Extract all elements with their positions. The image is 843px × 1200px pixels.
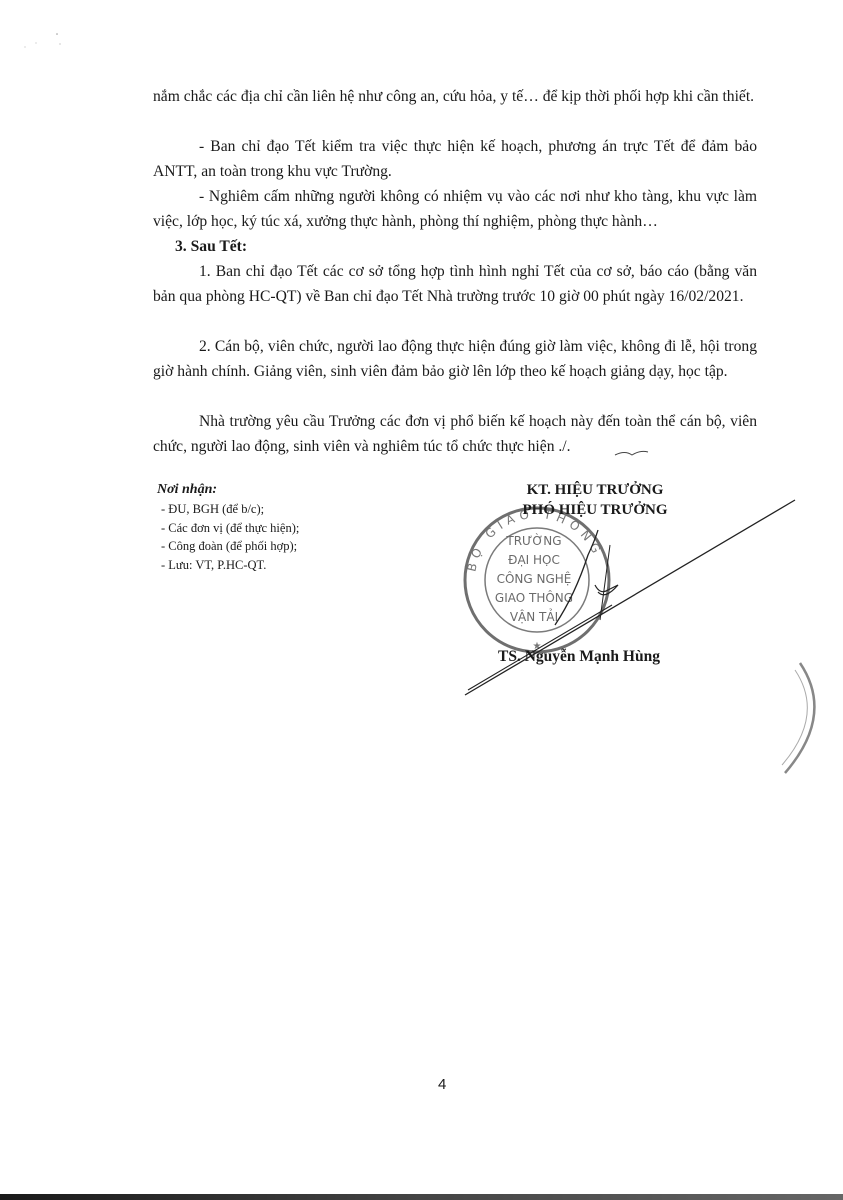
recipients-title: Nơi nhận: <box>157 480 299 500</box>
svg-text:VẬN TẢI: VẬN TẢI <box>510 608 558 624</box>
signer-name: TS. Nguyễn Mạnh Hùng <box>498 648 660 666</box>
svg-text:ĐẠI HỌC: ĐẠI HỌC <box>508 553 560 567</box>
paragraph-working-hours: 2. Cán bộ, viên chức, người lao động thự… <box>153 334 757 384</box>
signature-title-line1: KT. HIỆU TRƯỞNG <box>500 480 690 500</box>
recipient-item: - ĐU, BGH (để b/c); <box>161 500 299 519</box>
recipient-item: - Công đoàn (để phối hợp); <box>161 537 299 556</box>
svg-text:GIAO THÔNG: GIAO THÔNG <box>495 590 573 605</box>
page-number: 4 <box>438 1076 446 1093</box>
signature-title-line2: PHÓ HIỆU TRƯỞNG <box>500 500 690 520</box>
paragraph-prohibition: - Nghiêm cấm những người không có nhiệm … <box>153 184 757 234</box>
svg-text:TRƯỜNG: TRƯỜNG <box>505 533 561 548</box>
paragraph-report: 1. Ban chỉ đạo Tết các cơ sở tổng hợp tì… <box>153 259 757 309</box>
recipient-item: - Lưu: VT, P.HC-QT. <box>161 556 299 575</box>
paragraph-inspection: - Ban chỉ đạo Tết kiểm tra việc thực hiệ… <box>153 134 757 184</box>
scan-specks <box>20 30 70 50</box>
official-stamp: BỘ GIAO THÔNG TRƯỜNG ĐẠI HỌC CÔNG NGHỆ G… <box>462 505 612 655</box>
paragraph-continuation: nắm chắc các địa chỉ cần liên hệ như côn… <box>153 84 757 109</box>
partial-stamp-edge <box>780 655 830 780</box>
recipient-item: - Các đơn vị (để thực hiện); <box>161 519 299 538</box>
signature-title-block: KT. HIỆU TRƯỞNG PHÓ HIỆU TRƯỞNG <box>500 480 690 520</box>
paragraph-conclusion: Nhà trường yêu cầu Trưởng các đơn vị phổ… <box>153 409 757 459</box>
document-page: nắm chắc các địa chỉ cần liên hệ như côn… <box>0 0 843 1200</box>
svg-text:CÔNG NGHỆ: CÔNG NGHỆ <box>497 571 572 586</box>
section-heading-after-tet: 3. Sau Tết: <box>175 234 779 259</box>
scan-bottom-edge <box>0 1194 843 1200</box>
recipients-block: Nơi nhận: - ĐU, BGH (để b/c); - Các đơn … <box>157 480 299 574</box>
